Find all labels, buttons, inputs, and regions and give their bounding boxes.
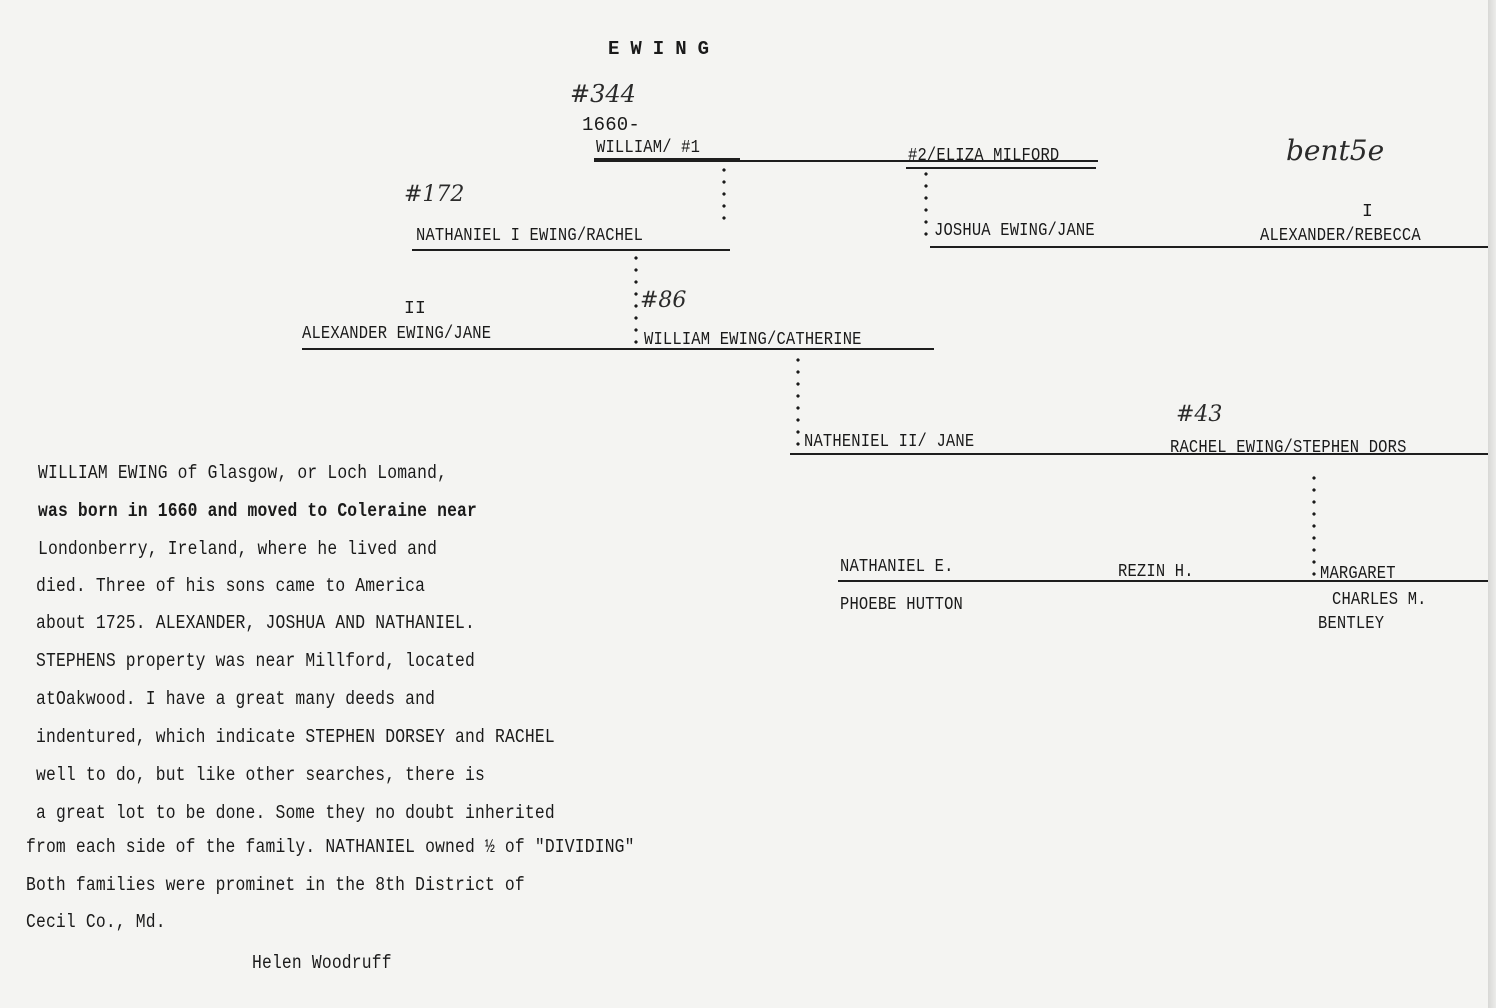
narrative-line: STEPHENS property was near Millford, loc… bbox=[36, 650, 475, 672]
person-nathaniel-i: NATHANIEL I EWING/RACHEL bbox=[416, 226, 643, 246]
connector-william-nathaniel-ii bbox=[796, 354, 800, 448]
person-joshua: JOSHUA EWING/JANE bbox=[934, 221, 1095, 241]
birth-year: 1660- bbox=[582, 114, 640, 136]
document-title: EWING bbox=[608, 38, 720, 60]
joshua-alexander-line bbox=[930, 246, 1488, 248]
handwritten-ref-william-catherine: #86 bbox=[640, 288, 686, 313]
spouse-bentley: BENTLEY bbox=[1318, 614, 1384, 634]
handwritten-ref-rachel: #43 bbox=[1176, 402, 1222, 427]
narrative-line: from each side of the family. NATHANIEL … bbox=[26, 836, 635, 858]
narrative-line: atOakwood. I have a great many deeds and bbox=[36, 688, 435, 710]
narrative-line: Londonberry, Ireland, where he lived and bbox=[38, 538, 437, 560]
narrative-line: died. Three of his sons came to America bbox=[36, 575, 425, 597]
person-rezin: REZIN H. bbox=[1118, 562, 1194, 582]
narrative-line: Both families were prominet in the 8th D… bbox=[26, 874, 525, 896]
alexander-i-numeral: I bbox=[1362, 202, 1373, 222]
spouse-phoebe-hutton: PHOEBE HUTTON bbox=[840, 595, 963, 615]
narrative-line: WILLIAM EWING of Glasgow, or Loch Lomand… bbox=[38, 462, 447, 484]
eliza-underline bbox=[906, 167, 1096, 169]
handwritten-ref-william: #344 bbox=[570, 80, 636, 108]
person-william-1: WILLIAM/ #1 bbox=[596, 138, 700, 158]
handwritten-corner-note: bent5e bbox=[1286, 134, 1384, 167]
narrative-line: about 1725. ALEXANDER, JOSHUA AND NATHAN… bbox=[36, 612, 475, 634]
person-nathaniel-ii: NATHENIEL II/ JANE bbox=[804, 432, 974, 452]
connector-rachel-margaret bbox=[1312, 472, 1316, 582]
handwritten-ref-nathaniel: #172 bbox=[404, 182, 464, 207]
narrative-line: Cecil Co., Md. bbox=[26, 911, 166, 933]
spouse-charles-m: CHARLES M. bbox=[1332, 590, 1427, 610]
paper-edge bbox=[1488, 0, 1496, 1008]
person-alexander-rebecca: ALEXANDER/REBECCA bbox=[1260, 226, 1421, 246]
william-underline bbox=[594, 158, 740, 160]
signature: Helen Woodruff bbox=[252, 952, 392, 974]
connector-william-nathaniel bbox=[722, 164, 726, 228]
gen1-line bbox=[594, 160, 1098, 162]
connector-eliza-joshua bbox=[924, 168, 928, 238]
person-rachel-stephen: RACHEL EWING/STEPHEN DORS bbox=[1170, 438, 1407, 458]
gen5-line bbox=[838, 580, 1488, 582]
person-william-catherine: WILLIAM EWING/CATHERINE bbox=[644, 330, 862, 350]
nathaniel-line bbox=[412, 249, 730, 251]
narrative-line: was born in 1660 and moved to Coleraine … bbox=[38, 500, 477, 522]
person-alexander-jane: ALEXANDER EWING/JANE bbox=[302, 324, 491, 344]
narrative-line: well to do, but like other searches, the… bbox=[36, 764, 485, 786]
narrative-line: indentured, which indicate STEPHEN DORSE… bbox=[36, 726, 555, 748]
spouse-eliza-milford: #2/ELIZA MILFORD bbox=[908, 146, 1059, 166]
person-nathaniel-e: NATHANIEL E. bbox=[840, 557, 954, 577]
alexander-ii-numeral: II bbox=[404, 299, 426, 319]
connector-nathaniel-william bbox=[634, 252, 638, 348]
gen4-line bbox=[790, 453, 1488, 455]
gen3-line bbox=[302, 348, 934, 350]
narrative-line: a great lot to be done. Some they no dou… bbox=[36, 802, 555, 824]
